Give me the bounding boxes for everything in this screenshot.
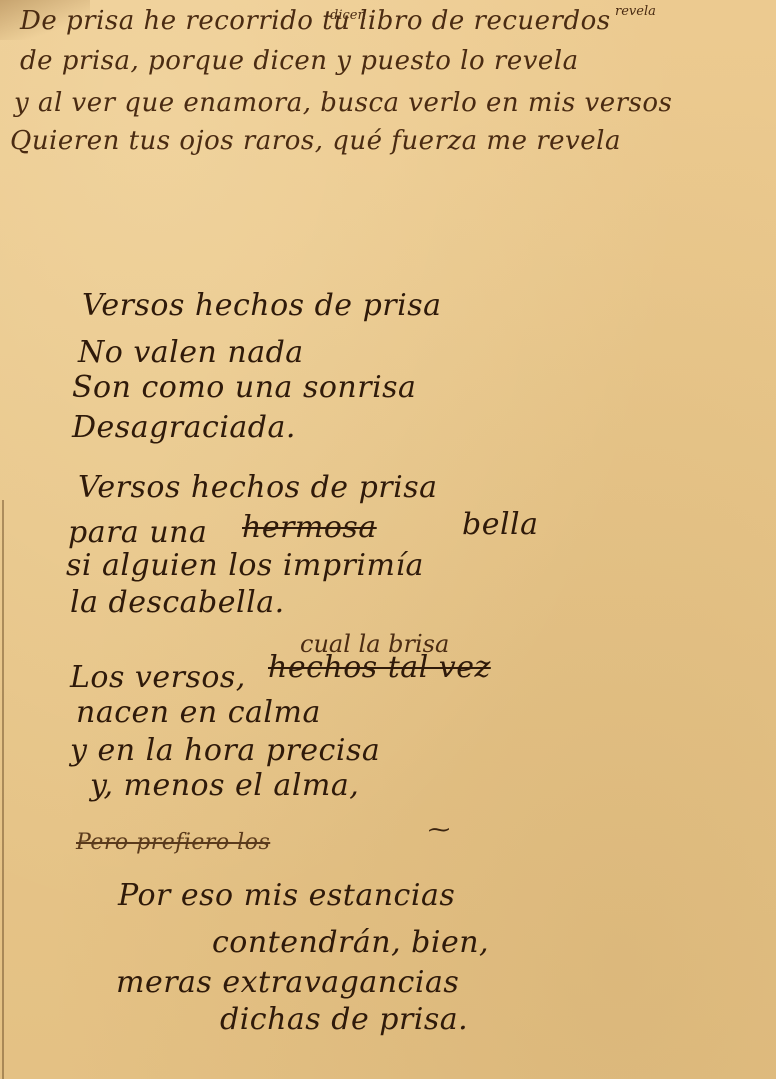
- poem-s3-line-2: nacen en calma: [76, 695, 321, 730]
- poem-s3-line-3: y en la hora precisa: [70, 733, 380, 768]
- poem-s3-line-1: Los versos,: [70, 660, 246, 695]
- poem-s2-line-1: Versos hechos de prisa: [78, 470, 438, 505]
- poem-s2-line-2: para una: [68, 515, 207, 550]
- poem-s1-line-1: Versos hechos de prisa: [82, 288, 442, 323]
- poem-s2-line-3: si alguien los imprimía: [66, 548, 424, 583]
- letter-line-4: Quieren tus ojos raros, qué fuerza me re…: [10, 126, 621, 156]
- poem-s1-line-3: Son como una sonrisa: [72, 370, 416, 405]
- manuscript-page: dicen revela De prisa he recorrido tu li…: [0, 0, 776, 1079]
- poem-s1-line-4: Desagraciada.: [72, 410, 296, 445]
- letter-line-1: De prisa he recorrido tu libro de recuer…: [20, 6, 611, 36]
- letter-line-2: de prisa, porque dicen y puesto lo revel…: [20, 46, 579, 76]
- paper-edge-line: [2, 500, 4, 1079]
- poem-s4-line-4: dichas de prisa.: [220, 1002, 468, 1037]
- poem-s1-line-2: No valen nada: [78, 335, 304, 370]
- poem-s2-line-2-end: bella: [462, 507, 539, 542]
- poem-s4-line-3: meras extravagancias: [116, 965, 459, 1000]
- poem-s4-struck-line: Pero prefiero los: [76, 830, 270, 855]
- poem-s4-line-2: contendrán, bien,: [212, 925, 489, 960]
- poem-s3-line-4: y, menos el alma,: [90, 768, 359, 803]
- poem-s2-struck-word: hermosa: [242, 510, 377, 545]
- poem-s3-struck-phrase: hechos tal vez: [268, 650, 491, 685]
- poem-s4-line-1: Por eso mis estancias: [118, 878, 455, 913]
- insertion-revela: revela: [615, 4, 656, 19]
- letter-line-3: y al ver que enamora, busca verlo en mis…: [14, 88, 672, 118]
- poem-s2-line-4: la descabella.: [70, 585, 285, 620]
- ink-mark: ⁓: [428, 818, 450, 843]
